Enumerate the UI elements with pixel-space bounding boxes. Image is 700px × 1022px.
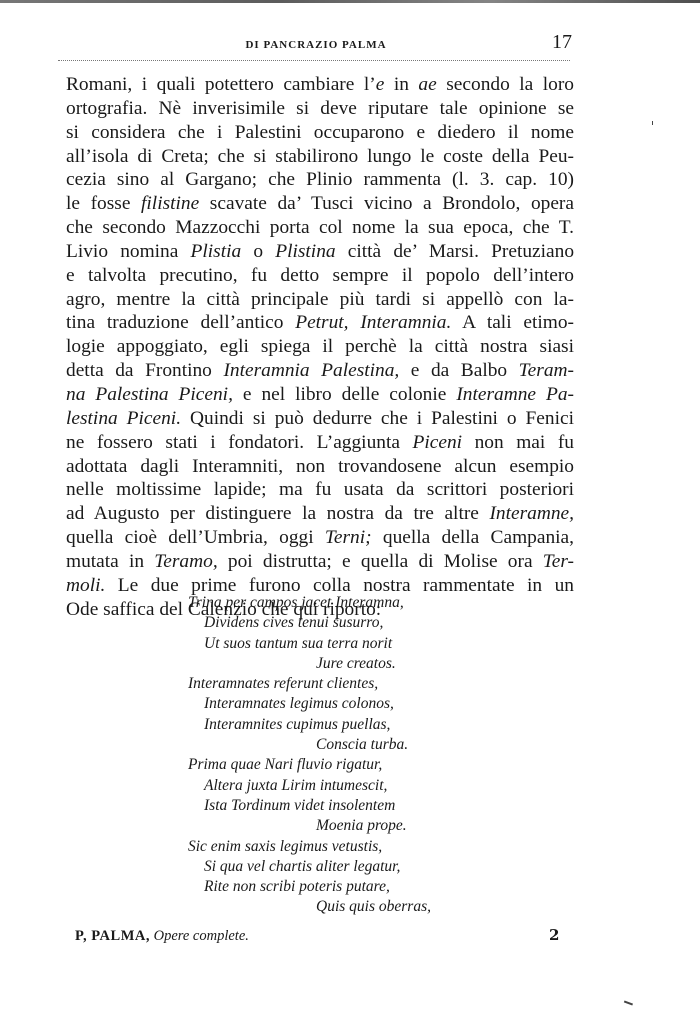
body-text: Romani, i quali potettero cambiare l’e i… (66, 73, 574, 621)
poem-verse: Ut suos tantum sua terra norit (188, 634, 431, 654)
body-line: cezia sino al Gargano; che Plinio rammen… (66, 168, 574, 192)
body-line: ad Augusto per distinguere la nostra da … (66, 502, 574, 526)
poem-verse: Jure creatos. (188, 654, 431, 674)
body-line: mutata in Teramo, poi distrutta; e quell… (66, 550, 574, 574)
poem-verse: Moenia prope. (188, 816, 431, 836)
poem-verse: Rite non scribi poteris putare, (188, 877, 431, 897)
poem-verse: Dividens cives tenui susurro, (188, 613, 431, 633)
poem-verse: Trina per campos jacet Interamna, (188, 593, 431, 613)
body-line: e talvolta precutino, fu detto sempre il… (66, 264, 574, 288)
body-line: le fosse filistine scavate da’ Tusci vic… (66, 192, 574, 216)
body-line: logie appoggiato, egli spiega il perchè … (66, 335, 574, 359)
scan-top-edge (0, 0, 700, 3)
poem-block: Trina per campos jacet Interamna,Dividen… (188, 593, 431, 918)
running-head: DI PANCRAZIO PALMA (60, 39, 572, 51)
poem-verse: Conscia turba. (188, 735, 431, 755)
body-line: all’isola di Creta; che si stabilirono l… (66, 145, 574, 169)
poem-verse: Interamnates legimus colonos, (188, 694, 431, 714)
body-line: Livio nomina Plistia o Plistina città de… (66, 240, 574, 264)
poem-verse: Quis quis oberras, (188, 897, 431, 917)
footer-author: P, PALMA, (75, 928, 150, 944)
body-line: lestina Piceni. Quindi si può dedurre ch… (66, 407, 574, 431)
body-line: tina traduzione dell’antico Petrut, Inte… (66, 311, 574, 335)
body-line: detta da Frontino Interamnia Palestina, … (66, 359, 574, 383)
signature-mark: 2 (549, 926, 559, 944)
page-footer: P, PALMA, Opere complete. (75, 928, 575, 945)
header-rule (58, 60, 570, 61)
body-line: quella cioè dell’Umbria, oggi Terni; que… (66, 526, 574, 550)
poem-verse: Si qua vel chartis aliter legatur, (188, 857, 431, 877)
page-number: 17 (552, 31, 572, 54)
body-line: nelle moltissime lapide; ma fu usata da … (66, 478, 574, 502)
body-line: si considera che i Palestini occuparono … (66, 121, 574, 145)
body-line: che secondo Mazzocchi porta col nome la … (66, 216, 574, 240)
body-line: adottata dagli Interamniti, non trovando… (66, 455, 574, 479)
page-header: DI PANCRAZIO PALMA 17 (60, 31, 572, 55)
poem-verse: Interamnates referunt clientes, (188, 674, 431, 694)
body-line: agro, mentre la città principale più tar… (66, 288, 574, 312)
scan-speck (652, 121, 653, 125)
body-line: ortografia. Nè inverisimile si deve ripu… (66, 97, 574, 121)
footer-title: Opere complete. (154, 928, 249, 944)
poem-verse: Ista Tordinum videt insolentem (188, 796, 431, 816)
poem-verse: Altera juxta Lirim intumescit, (188, 776, 431, 796)
poem-verse: Prima quae Nari fluvio rigatur, (188, 755, 431, 775)
body-line: Romani, i quali potettero cambiare l’e i… (66, 73, 574, 97)
scan-speck (624, 1001, 633, 1005)
poem-verse: Interamnites cupimus puellas, (188, 715, 431, 735)
body-line: ne fossero stati i fondatori. L’aggiunta… (66, 431, 574, 455)
body-line: na Palestina Piceni, e nel libro delle c… (66, 383, 574, 407)
poem-verse: Sic enim saxis legimus vetustis, (188, 837, 431, 857)
